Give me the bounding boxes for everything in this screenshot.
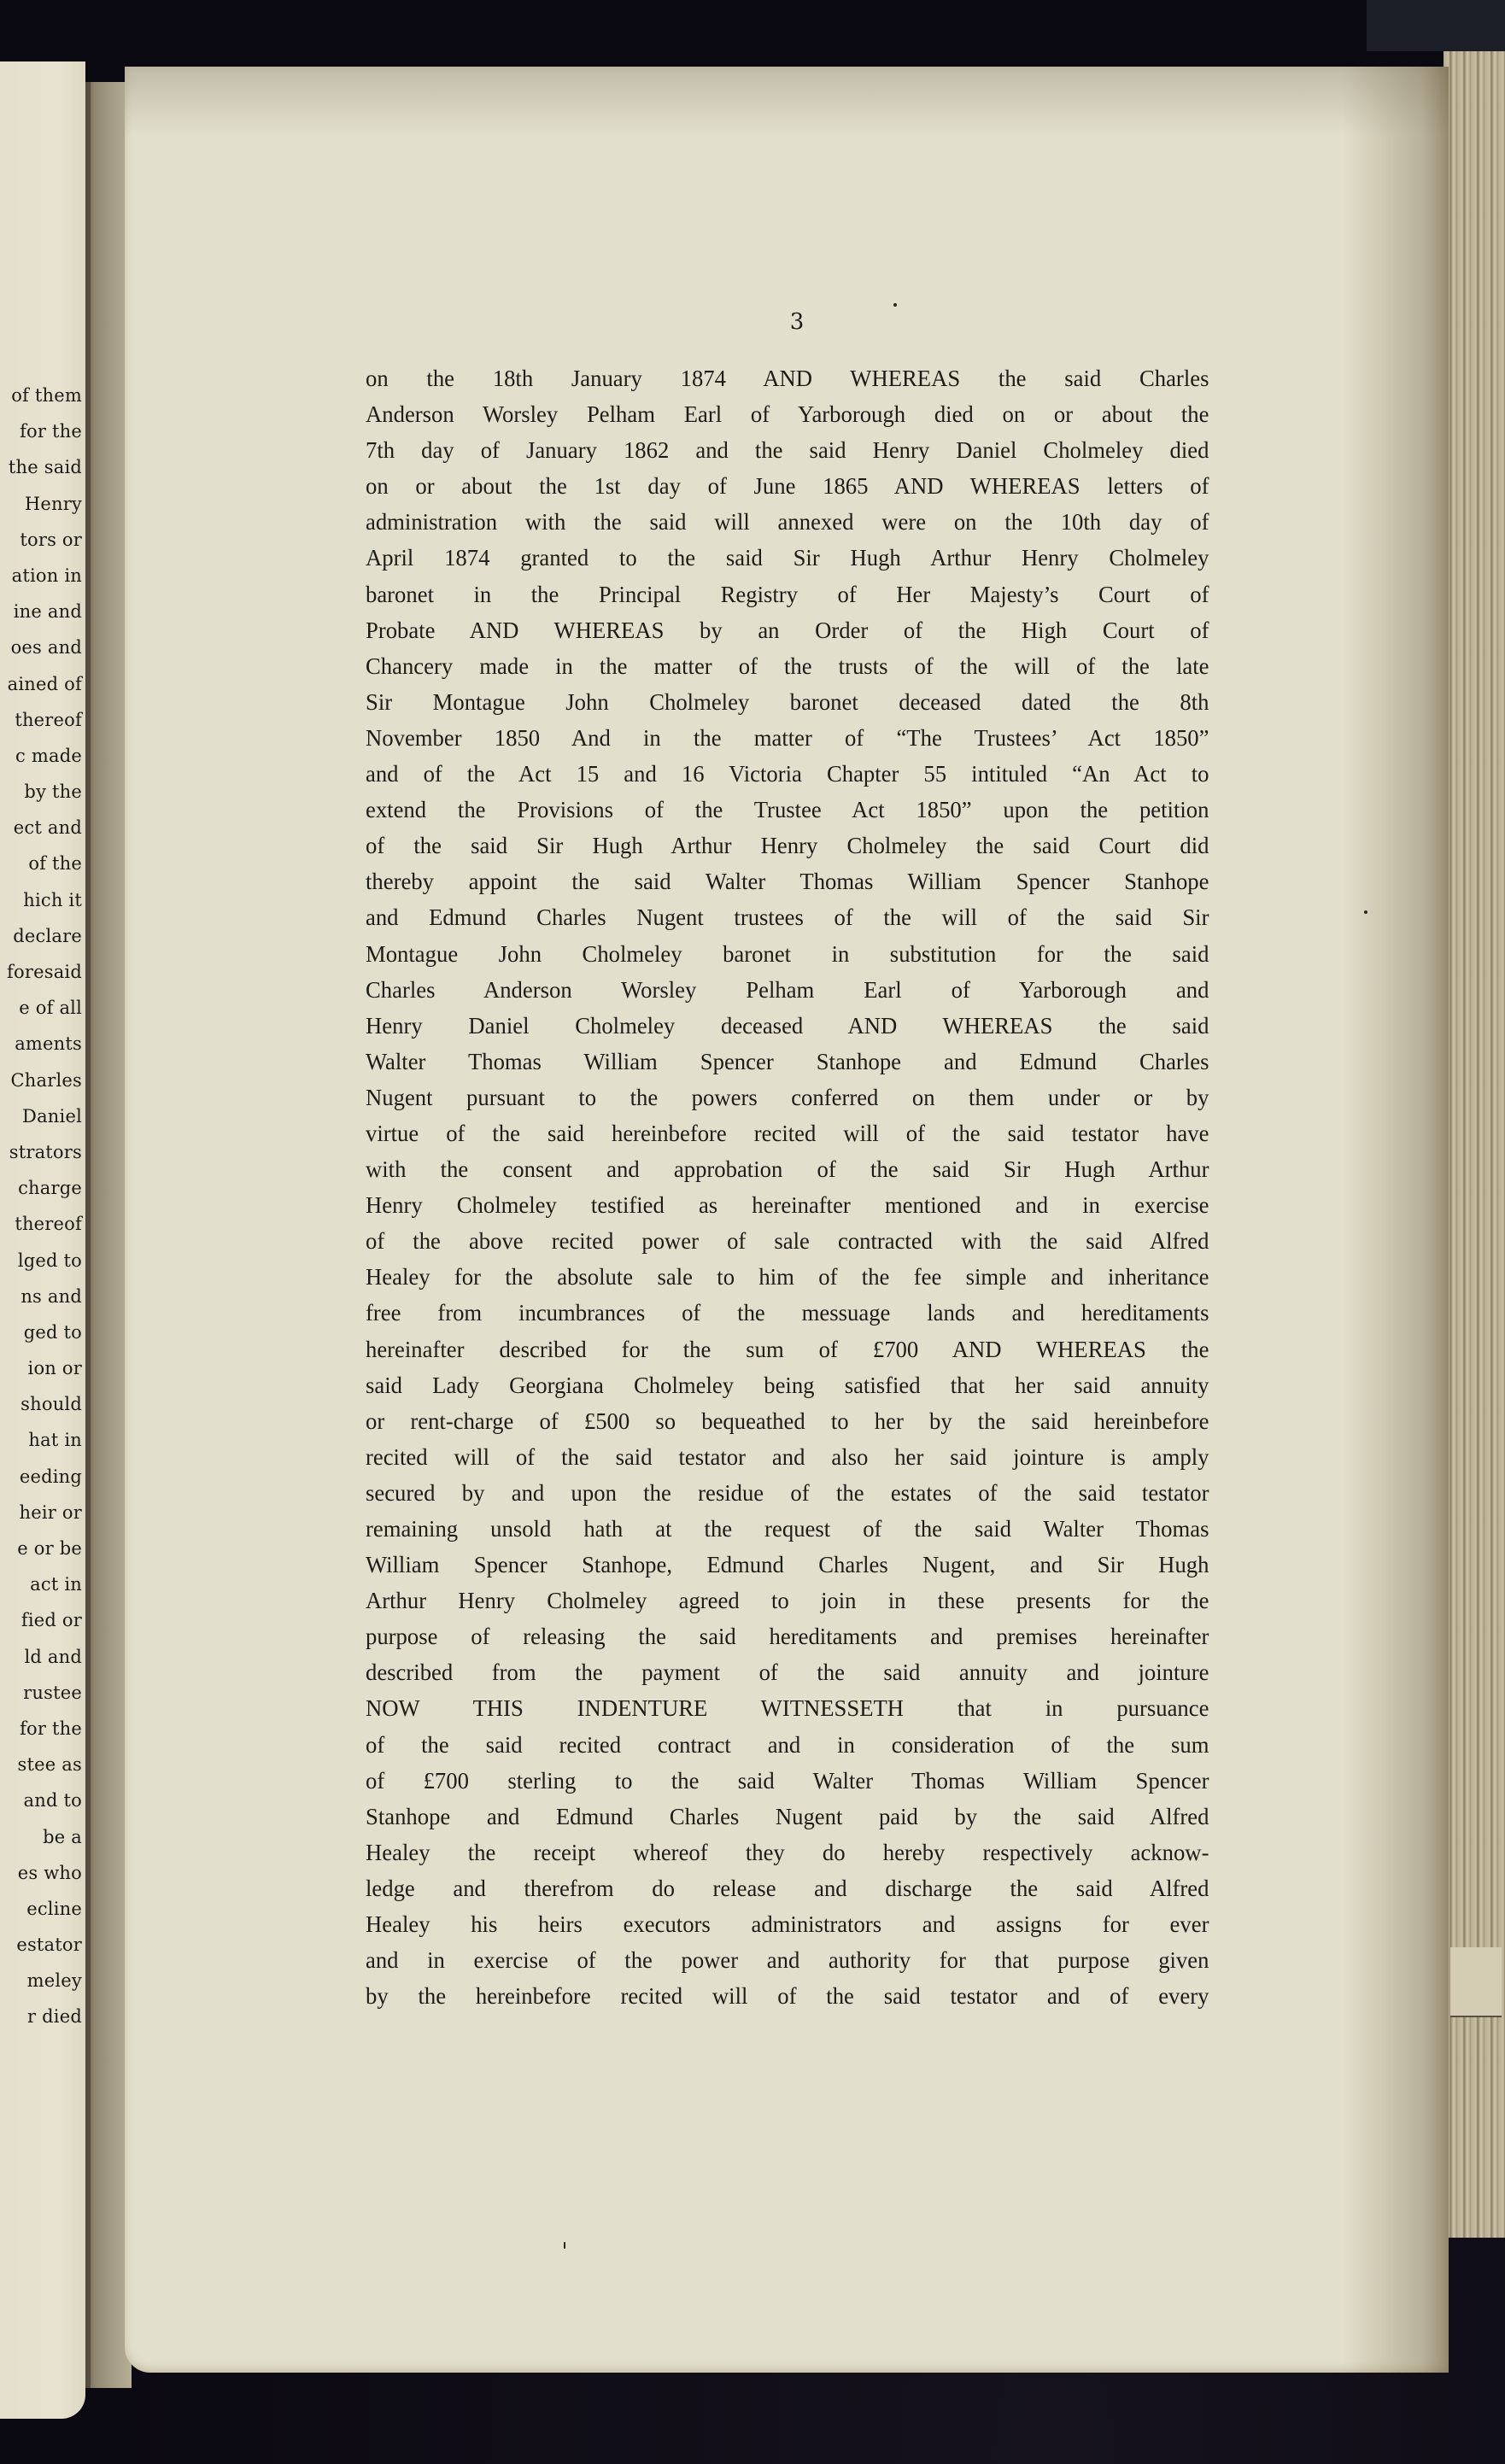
- left-line: meley: [0, 1963, 82, 1999]
- gutter-shadow: [85, 82, 91, 2388]
- text-line: thereby appoint the said Walter Thomas W…: [366, 863, 1209, 899]
- text-line: secured by and upon the residue of the e…: [366, 1475, 1209, 1511]
- left-line: ained of: [0, 666, 82, 702]
- paper-speck: [893, 303, 897, 307]
- left-line: ation in: [0, 558, 82, 594]
- text-line: or rent-charge of £500 so bequeathed to …: [366, 1403, 1209, 1439]
- left-line: rustee: [0, 1675, 82, 1711]
- document-body: on the 18th January 1874 AND WHEREAS the…: [366, 360, 1235, 2014]
- page-edge-corner: [1450, 1947, 1502, 2017]
- left-line: es who: [0, 1855, 82, 1891]
- text-line: ledge and therefrom do release and disch…: [366, 1870, 1209, 1906]
- text-line: Arthur Henry Cholmeley agreed to join in…: [366, 1583, 1209, 1618]
- left-line: for the: [0, 1711, 82, 1747]
- text-line: and of the Act 15 and 16 Victoria Chapte…: [366, 756, 1209, 792]
- left-line: ged to: [0, 1314, 82, 1350]
- text-line: and Edmund Charles Nugent trustees of th…: [366, 899, 1209, 935]
- text-line: of the said Sir Hugh Arthur Henry Cholme…: [366, 828, 1209, 863]
- text-line: Montague John Cholmeley baronet in subst…: [366, 936, 1209, 972]
- left-line: of the: [0, 846, 82, 881]
- text-line: Healey his heirs executors administrator…: [366, 1906, 1209, 1942]
- text-line: Charles Anderson Worsley Pelham Earl of …: [366, 972, 1209, 1008]
- text-line: on or about the 1st day of June 1865 AND…: [366, 468, 1209, 504]
- text-line: Probate AND WHEREAS by an Order of the H…: [366, 612, 1209, 648]
- paper-speck: [1364, 910, 1367, 914]
- left-line: e of all: [0, 990, 82, 1026]
- left-line: of them: [0, 378, 82, 413]
- left-line: estator: [0, 1927, 82, 1963]
- left-line: ion or: [0, 1350, 82, 1386]
- left-line: ect and: [0, 810, 82, 846]
- text-line: Henry Daniel Cholmeley deceased AND WHER…: [366, 1008, 1209, 1044]
- left-line: for the: [0, 413, 82, 449]
- left-line: lged to: [0, 1243, 82, 1279]
- left-line: thereof: [0, 702, 82, 738]
- left-line: ecline: [0, 1891, 82, 1927]
- text-line: on the 18th January 1874 AND WHEREAS the…: [366, 360, 1209, 396]
- text-line: purpose of releasing the said hereditame…: [366, 1618, 1209, 1654]
- left-line: foresaid: [0, 954, 82, 990]
- left-line: stee as: [0, 1747, 82, 1782]
- left-line: aments: [0, 1026, 82, 1062]
- text-line: hereinafter described for the sum of £70…: [366, 1331, 1209, 1367]
- left-line: fied or: [0, 1602, 82, 1638]
- text-line: Chancery made in the matter of the trust…: [366, 648, 1209, 684]
- left-line: declare: [0, 918, 82, 954]
- left-line: and to: [0, 1782, 82, 1818]
- text-line: of £700 sterling to the said Walter Thom…: [366, 1763, 1209, 1799]
- left-page: of them for the the said Henry tors or a…: [0, 61, 85, 2419]
- text-line: with the consent and approbation of the …: [366, 1151, 1209, 1187]
- text-line: extend the Provisions of the Trustee Act…: [366, 792, 1209, 828]
- left-line: hich it: [0, 882, 82, 918]
- text-line: by the hereinbefore recited will of the …: [366, 1978, 1209, 2014]
- page-edge-stack: [1444, 51, 1505, 2238]
- left-line: ld and: [0, 1639, 82, 1675]
- left-line: tors or: [0, 522, 82, 558]
- left-line: heir or: [0, 1495, 82, 1530]
- text-line: administration with the said will annexe…: [366, 504, 1209, 540]
- left-line: Daniel: [0, 1098, 82, 1134]
- left-line: should: [0, 1386, 82, 1422]
- text-line: Henry Cholmeley testified as hereinafter…: [366, 1187, 1209, 1223]
- left-line: ns and: [0, 1279, 82, 1314]
- left-line: the said: [0, 449, 82, 485]
- text-line: baronet in the Principal Registry of Her…: [366, 576, 1209, 612]
- text-line: Sir Montague John Cholmeley baronet dece…: [366, 684, 1209, 720]
- text-line: Healey the receipt whereof they do hereb…: [366, 1835, 1209, 1870]
- paper-speck: [564, 2242, 565, 2249]
- text-line: recited will of the said testator and al…: [366, 1439, 1209, 1475]
- text-line: virtue of the said hereinbefore recited …: [366, 1115, 1209, 1151]
- left-line: ine and: [0, 594, 82, 629]
- text-line: and in exercise of the power and authori…: [366, 1942, 1209, 1978]
- left-line: hat in: [0, 1422, 82, 1458]
- text-line: Stanhope and Edmund Charles Nugent paid …: [366, 1799, 1209, 1835]
- left-line: e or be: [0, 1530, 82, 1566]
- text-line: April 1874 granted to the said Sir Hugh …: [366, 540, 1209, 576]
- left-line: act in: [0, 1566, 82, 1602]
- text-line: Anderson Worsley Pelham Earl of Yarborou…: [366, 396, 1209, 432]
- left-line: eeding: [0, 1459, 82, 1495]
- text-line: described from the payment of the said a…: [366, 1654, 1209, 1690]
- text-line: November 1850 And in the matter of “The …: [366, 720, 1209, 756]
- left-line: charge: [0, 1170, 82, 1206]
- text-line: William Spencer Stanhope, Edmund Charles…: [366, 1547, 1209, 1583]
- text-line: free from incumbrances of the messuage l…: [366, 1295, 1209, 1331]
- left-line: strators: [0, 1134, 82, 1170]
- left-line: r died: [0, 1999, 82, 2034]
- left-line: c made: [0, 738, 82, 774]
- text-line: Nugent pursuant to the powers conferred …: [366, 1080, 1209, 1115]
- text-line: Walter Thomas William Spencer Stanhope a…: [366, 1044, 1209, 1080]
- text-line: said Lady Georgiana Cholmeley being sati…: [366, 1367, 1209, 1403]
- page-number: 3: [784, 309, 810, 335]
- book-cover-cloth: [1367, 0, 1505, 51]
- left-line: by the: [0, 774, 82, 810]
- left-line: Henry: [0, 486, 82, 522]
- left-line: be a: [0, 1819, 82, 1855]
- text-line: remaining unsold hath at the request of …: [366, 1511, 1209, 1547]
- text-line: of the above recited power of sale contr…: [366, 1223, 1209, 1259]
- left-line: thereof: [0, 1206, 82, 1242]
- left-page-text: of them for the the said Henry tors or a…: [0, 378, 82, 2035]
- text-line: of the said recited contract and in cons…: [366, 1727, 1209, 1763]
- left-line: oes and: [0, 629, 82, 665]
- text-line: Healey for the absolute sale to him of t…: [366, 1259, 1209, 1295]
- text-line: NOW THIS INDENTURE WITNESSETH that in pu…: [366, 1690, 1209, 1726]
- text-line: 7th day of January 1862 and the said Hen…: [366, 432, 1209, 468]
- left-line: Charles: [0, 1062, 82, 1098]
